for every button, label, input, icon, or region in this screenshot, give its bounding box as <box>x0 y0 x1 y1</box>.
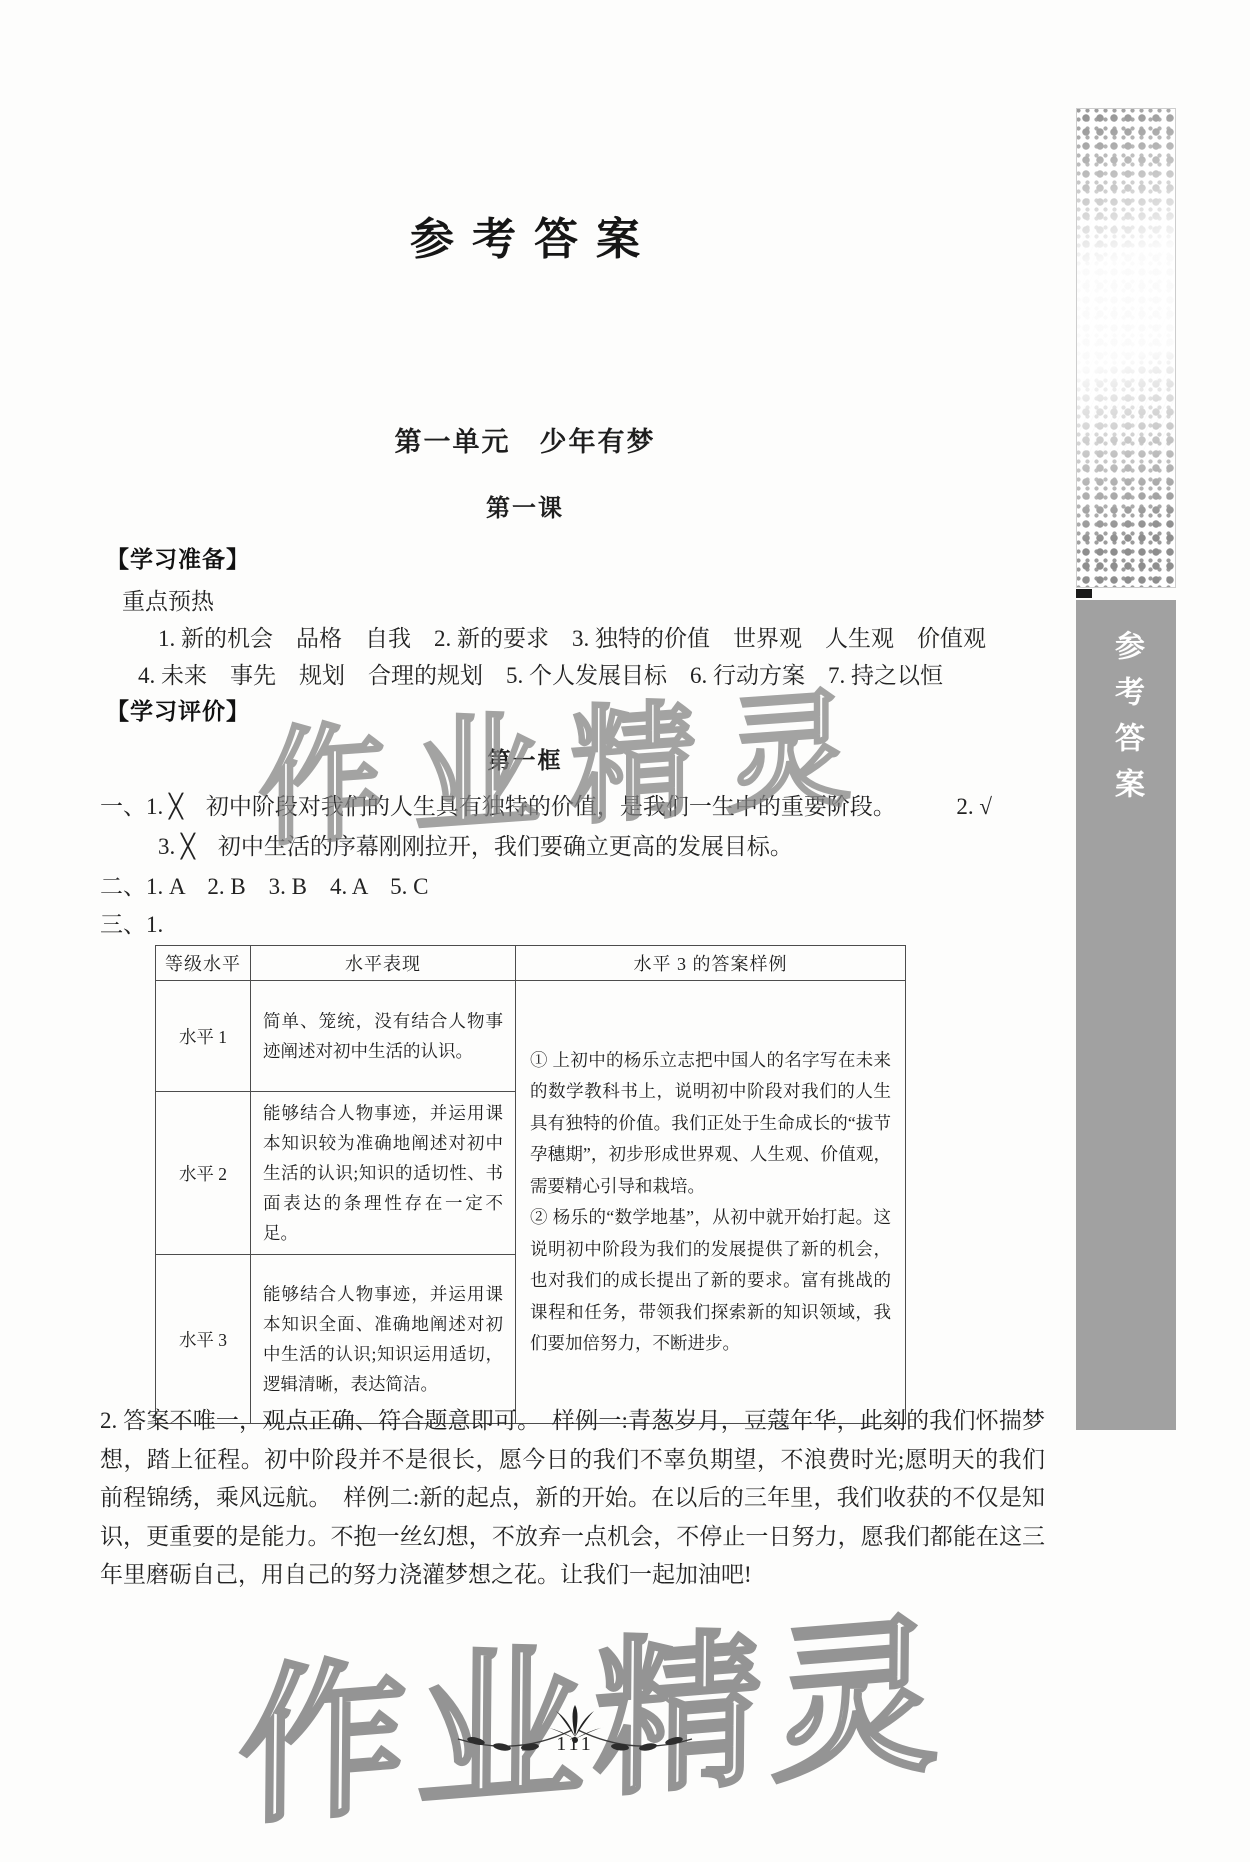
sample-answer-paragraph-2: ② 杨乐的“数学地基”，从初中就开始打起。这说明初中阶段为我们的发展提供了新的机… <box>530 1202 891 1360</box>
page-title: 参考答案 <box>100 203 950 267</box>
true-false-item-3: 3. ╳ 初中生活的序幕刚刚拉开，我们要确立更高的发展目标。 <box>158 828 793 861</box>
open-answer-paragraph: 2. 答案不唯一，观点正确、符合题意即可。 样例一:青葱岁月，豆蔻年华，此刻的我… <box>100 1402 1045 1595</box>
true-false-item-2: 2. √ <box>956 794 992 820</box>
lesson-heading: 第一课 <box>100 488 950 523</box>
sidebar-tick-mark <box>1076 589 1092 598</box>
choice-answers-row: 二、1. A 2. B 3. B 4. A 5. C <box>100 868 428 901</box>
prep-answers-line-2: 4. 未来 事先 规划 合理的规划 5. 个人发展目标 6. 行动方案 7. 持… <box>138 657 943 690</box>
main-content-column: 参考答案 第一单元 少年有梦 第一课 【学习准备】 重点预热 1. 新的机会 品… <box>100 0 1045 1862</box>
true-false-item-1: 一、1. ╳ 初中阶段对我们的人生具有独特的价值，是我们一生中的重要阶段。 <box>100 788 896 821</box>
level-2-performance: 能够结合人物事迹，并运用课本知识较为准确地阐述对初中生活的认识;知识的适切性、书… <box>251 1092 516 1255</box>
section-header-learning-eval: 【学习评价】 <box>106 693 250 726</box>
level-3-cell: 水平 3 <box>156 1255 251 1424</box>
true-false-answers-row: 一、1. ╳ 初中阶段对我们的人生具有独特的价值，是我们一生中的重要阶段。 2.… <box>100 788 992 821</box>
table-row: 水平 1 简单、笼统，没有结合人物事迹阐述对初中生活的认识。 ① 上初中的杨乐立… <box>156 981 906 1092</box>
sidebar-gray-band: 参考答案 <box>1076 600 1176 1430</box>
col-header-sample: 水平 3 的答案样例 <box>516 946 906 981</box>
sample-answer-paragraph-1: ① 上初中的杨乐立志把中国人的名字写在未来的数学教科书上，说明初中阶段对我们的人… <box>530 1045 891 1203</box>
table-header-row: 等级水平 水平表现 水平 3 的答案样例 <box>156 946 906 981</box>
frame-heading: 第一框 <box>100 742 950 775</box>
col-header-performance: 水平表现 <box>251 946 516 981</box>
section-header-learning-prep: 【学习准备】 <box>106 541 250 574</box>
level-1-cell: 水平 1 <box>156 981 251 1092</box>
sample-answer-cell: ① 上初中的杨乐立志把中国人的名字写在未来的数学教科书上，说明初中阶段对我们的人… <box>516 981 906 1424</box>
unit-heading: 第一单元 少年有梦 <box>100 420 950 459</box>
level-2-cell: 水平 2 <box>156 1092 251 1255</box>
level-1-performance: 简单、笼统，没有结合人物事迹阐述对初中生活的认识。 <box>251 981 516 1092</box>
col-header-level: 等级水平 <box>156 946 251 981</box>
prep-answers-line-1: 1. 新的机会 品格 自我 2. 新的要求 3. 独特的价值 世界观 人生观 价… <box>158 620 986 653</box>
sidebar-decoration: 参考答案 <box>1076 108 1176 1430</box>
level-rubric-table: 等级水平 水平表现 水平 3 的答案样例 水平 1 简单、笼统，没有结合人物事迹… <box>155 945 906 1424</box>
subsection-key-preview: 重点预热 <box>122 583 214 616</box>
section-three-label: 三、1. <box>100 906 163 939</box>
page-number: 111 <box>520 1733 630 1756</box>
sidebar-vertical-label: 参考答案 <box>1104 630 1148 814</box>
answer-key-page: 参考答案 第一单元 少年有梦 第一课 【学习准备】 重点预热 1. 新的机会 品… <box>0 0 1250 1862</box>
halftone-pattern <box>1076 108 1176 588</box>
level-3-performance: 能够结合人物事迹，并运用课本知识全面、准确地阐述对初中生活的认识;知识运用适切，… <box>251 1255 516 1424</box>
